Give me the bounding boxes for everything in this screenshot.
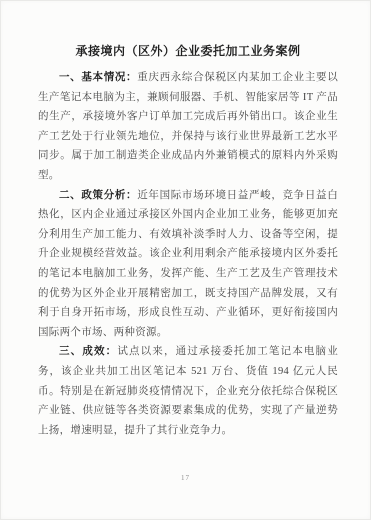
paragraph-policy-analysis: 二、政策分析：近年国际市场环境日益严峻，竞争日益白热化，区内企业通过承接区外国内…	[38, 186, 338, 343]
paragraph-policy-analysis-body: 近年国际市场环境日益严峻，竞争日益白热化，区内企业通过承接区外国内企业加工业务，…	[38, 190, 338, 338]
page-number: 17	[0, 474, 371, 482]
paragraph-basic-info-lead: 一、基本情况：	[59, 71, 137, 83]
document-page: 承接境内（区外）企业委托加工业务案例 一、基本情况：重庆西永综合保税区内某加工企…	[0, 0, 371, 520]
paragraph-results: 三、成效：试点以来，通过承接委托加工笔记本电脑业务，该企业共加工出区笔记本 52…	[38, 342, 338, 440]
paragraph-policy-analysis-lead: 二、政策分析：	[59, 189, 137, 201]
paragraph-results-body: 试点以来，通过承接委托加工笔记本电脑业务，该企业共加工出区笔记本 521 万台、…	[38, 346, 338, 435]
paragraph-basic-info-body: 重庆西永综合保税区内某加工企业主要以生产笔记本电脑为主，兼顾伺服器、手机、智能家…	[38, 72, 338, 181]
paragraph-basic-info: 一、基本情况：重庆西永综合保税区内某加工企业主要以生产笔记本电脑为主，兼顾伺服器…	[38, 68, 338, 186]
paragraph-results-lead: 三、成效：	[59, 345, 117, 357]
document-title: 承接境内（区外）企业委托加工业务案例	[38, 42, 338, 60]
